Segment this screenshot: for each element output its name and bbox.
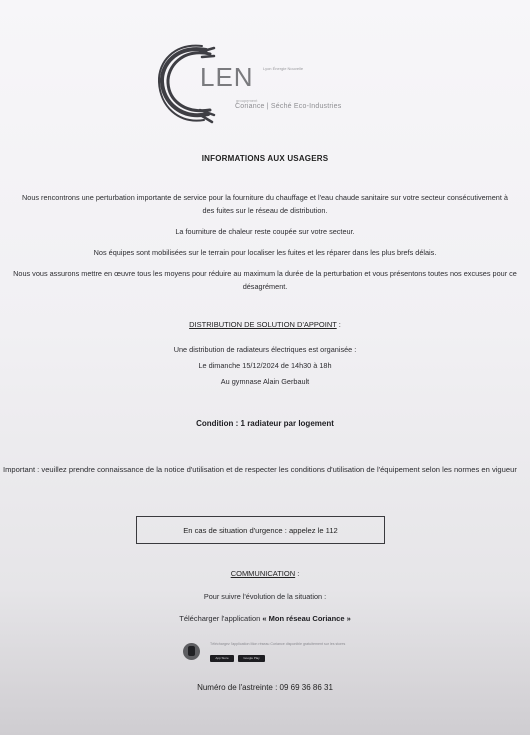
app-logo-icon <box>183 643 200 660</box>
heading-colon: : <box>337 320 341 329</box>
paragraph-heat-cut: La fourniture de chaleur reste coupée su… <box>0 226 530 239</box>
communication-heading: COMMUNICATION : <box>0 569 530 578</box>
app-promo-text: Téléchargez l'application Mon réseau Cor… <box>210 642 350 647</box>
hotline-number: Numéro de l'astreinte : 09 69 36 86 31 <box>0 683 530 692</box>
distribution-heading: DISTRIBUTION DE SOLUTION D'APPOINT : <box>0 320 530 329</box>
paragraph-disruption: Nous rencontrons une perturbation import… <box>20 192 510 217</box>
heading-colon: : <box>295 569 299 578</box>
communication-line: Pour suivre l'évolution de la situation … <box>0 592 530 601</box>
notice-page: LEN Lyon Énergie Nouvelle groupement Cor… <box>0 0 530 735</box>
page-title: INFORMATIONS AUX USAGERS <box>0 154 530 163</box>
logo-tagline: Lyon Énergie Nouvelle <box>263 66 313 71</box>
google-play-badge[interactable]: Google Play <box>238 655 265 662</box>
paragraph-teams: Nos équipes sont mobilisées sur le terra… <box>0 247 530 260</box>
logo-subtitle: Coriance | Séché Eco-Industries <box>235 103 341 110</box>
distribution-line: Une distribution de radiateurs électriqu… <box>0 345 530 354</box>
important-notice: Important : veuillez prendre connaissanc… <box>3 462 523 477</box>
distribution-heading-text: DISTRIBUTION DE SOLUTION D'APPOINT <box>189 320 337 329</box>
distribution-condition: Condition : 1 radiateur par logement <box>0 419 530 428</box>
emergency-text: En cas de situation d'urgence : appelez … <box>183 526 338 535</box>
distribution-location: Au gymnase Alain Gerbault <box>0 377 530 386</box>
emergency-box: En cas de situation d'urgence : appelez … <box>136 516 385 544</box>
communication-heading-text: COMMUNICATION <box>231 569 295 578</box>
paragraph-apology: Nous vous assurons mettre en œuvre tous … <box>10 268 520 293</box>
app-store-badge[interactable]: App Store <box>210 655 234 662</box>
download-app-line: Télécharger l'application « Mon réseau C… <box>0 614 530 623</box>
distribution-date: Le dimanche 15/12/2024 de 14h30 à 18h <box>0 361 530 370</box>
app-promo: Téléchargez l'application Mon réseau Cor… <box>183 641 353 671</box>
len-logo: LEN Lyon Énergie Nouvelle groupement Cor… <box>156 40 386 125</box>
app-name: « Mon réseau Coriance » <box>262 614 350 623</box>
logo-wordmark: LEN <box>200 62 254 93</box>
download-prefix: Télécharger l'application <box>179 614 262 623</box>
